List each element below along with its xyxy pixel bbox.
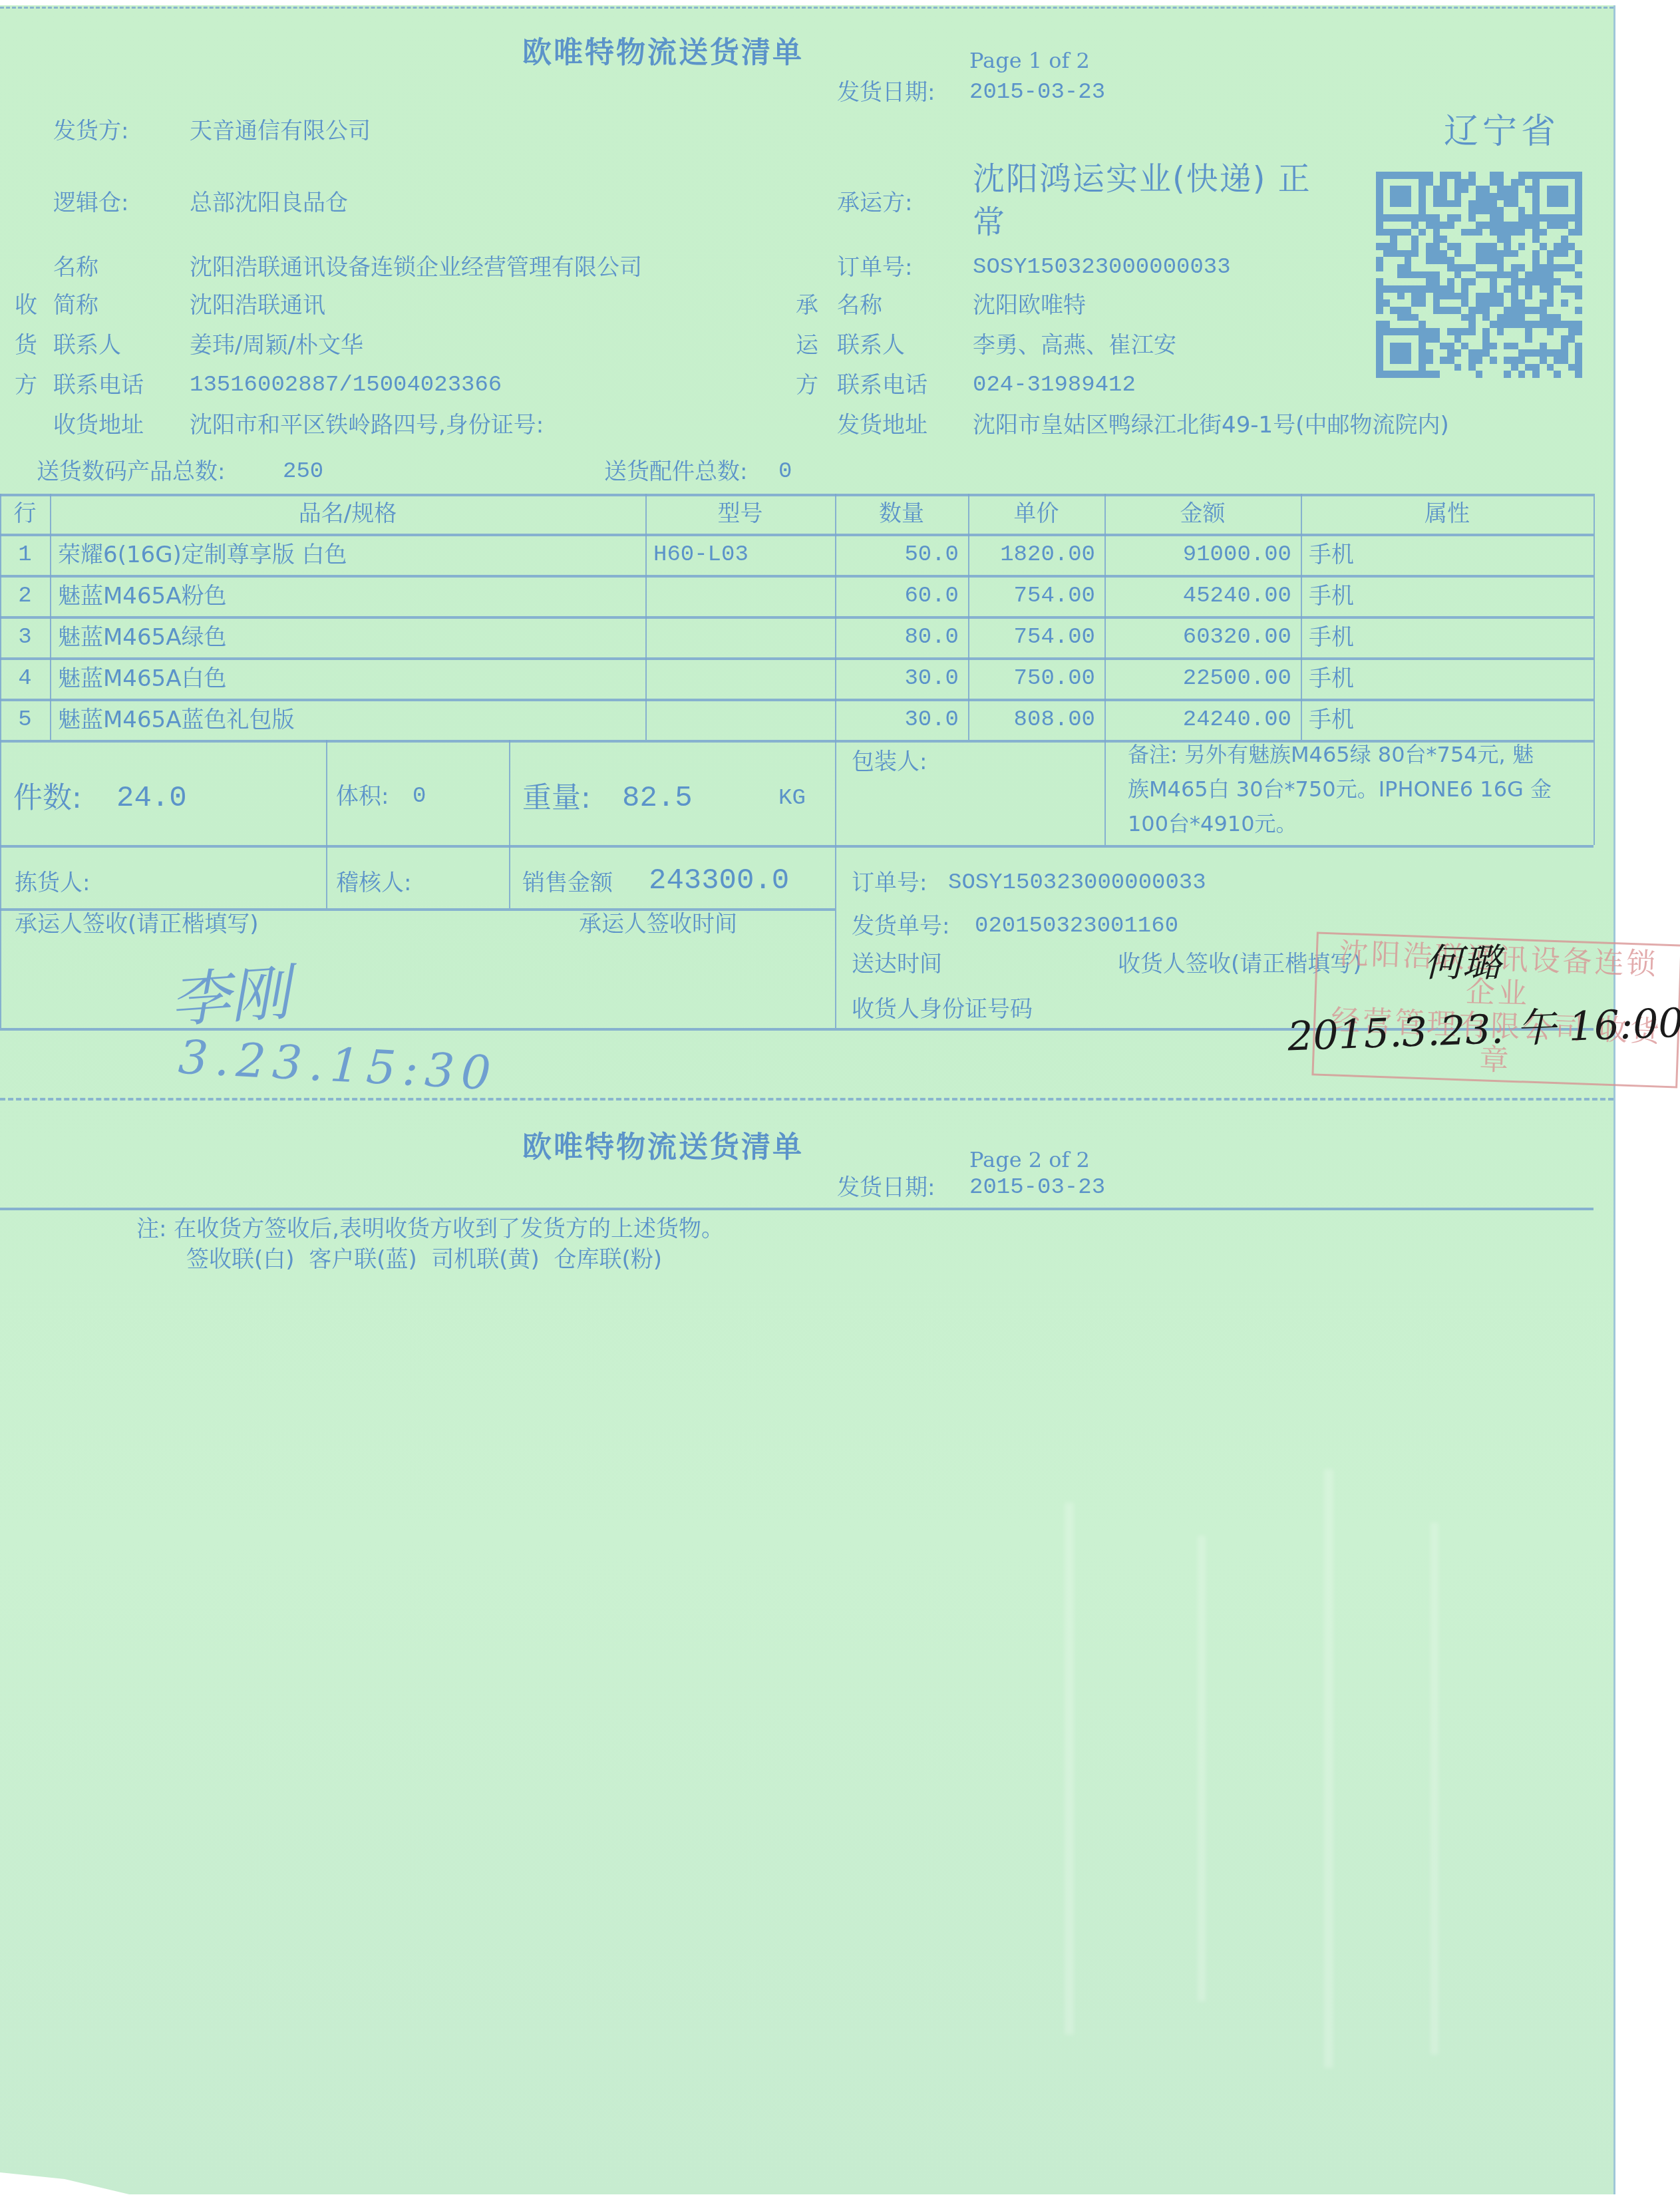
carrier-contact-value: 李勇、高燕、崔江安 (973, 334, 1176, 357)
table-cell: 30.0 (835, 709, 968, 731)
receiver-id-label: 收货人身份证号码 (852, 998, 1033, 1021)
ship-address-label: 发货地址 (837, 414, 927, 436)
shipper-value: 天音通信有限公司 (190, 120, 371, 142)
receiver-side-label-2: 货 (15, 334, 37, 357)
table-column-rule (645, 494, 647, 740)
carrier-phone-label: 联系电话 (837, 374, 927, 397)
table-column-rule (1301, 494, 1302, 740)
page2-note-line-1: 注: 在收货方签收后,表明收货方收到了发货方的上述货物。 (136, 1218, 724, 1240)
receiver-name-label: 名称 (53, 256, 98, 279)
table-cell: 24240.00 (1104, 709, 1301, 731)
table-cell: 荣耀6(16G)定制尊享版 白色 (50, 544, 645, 566)
table-cell: 750.00 (968, 667, 1104, 690)
volume-value: 0 (413, 785, 426, 808)
table-cell: 魅蓝M465A白色 (50, 667, 645, 690)
table-cell: 手机 (1301, 667, 1594, 690)
table-cell: 5 (0, 709, 50, 731)
weight-unit: KG (778, 787, 806, 810)
table-cell: 魅蓝M465A蓝色礼包版 (50, 709, 645, 731)
pieces-label: 件数: (13, 784, 82, 813)
carrier-label: 承运方: (837, 192, 912, 214)
ship-date: 2015-03-23 (969, 81, 1105, 104)
page2-note-line-2: 签收联(白) 客户联(蓝) 司机联(黄) 仓库联(粉) (186, 1248, 662, 1271)
delivery-no-label: 发货单号: (852, 915, 949, 937)
checker-label: 稽核人: (336, 872, 411, 894)
table-cell: 魅蓝M465A粉色 (50, 585, 645, 607)
total-accessory-value: 0 (778, 460, 792, 483)
table-cell: 754.00 (968, 585, 1104, 607)
table-cell: 1820.00 (968, 544, 1104, 566)
summary-column-rule (326, 740, 327, 908)
table-column-rule (1594, 494, 1595, 740)
table-rule (0, 616, 1594, 619)
receiver-phone-label: 联系电话 (53, 374, 144, 397)
arrival-time-label: 送达时间 (852, 953, 942, 975)
receiver-address-value: 沈阳市和平区铁岭路四号,身份证号: (190, 414, 544, 436)
table-header-cell: 品名/规格 (50, 502, 645, 525)
table-rule (0, 534, 1594, 536)
table-cell: 3 (0, 626, 50, 649)
carrier-name-line1: 沈阳鸿运实业(快递) 正 (973, 163, 1311, 195)
province-label: 辽宁省 (1444, 114, 1560, 149)
table-cell: 45240.00 (1104, 585, 1301, 607)
table-cell: 2 (0, 585, 50, 607)
summary-column-rule (0, 740, 1, 1028)
paper-crease (1065, 1502, 1074, 2035)
pieces-value: 24.0 (116, 784, 187, 813)
weight-label: 重量: (522, 784, 591, 813)
receiver-short-name-label: 简称 (53, 294, 98, 317)
paper-crease (1198, 1536, 1206, 2001)
receiver-contact-value: 姜玮/周颖/朴文华 (190, 334, 363, 357)
table-cell: 50.0 (835, 544, 968, 566)
summary-rule (835, 845, 1594, 848)
receiver-name-value: 沈阳浩联通讯设备连锁企业经营管理有限公司 (190, 256, 642, 279)
receiver-side-label-1: 收 (15, 294, 37, 317)
summary-column-rule (509, 740, 510, 908)
table-cell: 80.0 (835, 626, 968, 649)
table-cell: H60-L03 (645, 544, 835, 566)
table-cell: 1 (0, 544, 50, 566)
table-column-rule (50, 494, 51, 740)
receiver-signature: 何璐 (1424, 932, 1501, 987)
carrier-sign-time-label: 承运人签收时间 (579, 913, 737, 935)
table-cell: 魅蓝M465A绿色 (50, 626, 645, 649)
total-digital-value: 250 (283, 460, 323, 483)
table-rule (0, 575, 1594, 578)
warehouse-label: 逻辑仓: (53, 192, 128, 214)
carrier-name-line2: 常 (973, 206, 1005, 238)
table-header-cell: 单价 (968, 502, 1104, 525)
perforation-line (0, 7, 1613, 9)
carrier-phone-value: 024-31989412 (973, 374, 1136, 397)
table-cell: 手机 (1301, 709, 1594, 731)
carrier-sign-label: 承运人签收(请正楷填写) (15, 913, 259, 935)
summary-column-rule (835, 740, 836, 1028)
shipper-label: 发货方: (53, 120, 128, 142)
sales-amount-value: 243300.0 (649, 866, 789, 896)
order-number-label: 订单号: (837, 256, 912, 279)
carrier-contact-label: 联系人 (837, 334, 905, 357)
remark-line-2: 族M465白 30台*750元。IPHONE6 16G 金 (1128, 778, 1552, 800)
table-cell: 22500.00 (1104, 667, 1301, 690)
table-header-cell: 数量 (835, 502, 968, 525)
table-cell: 手机 (1301, 626, 1594, 649)
total-digital-label: 送货数码产品总数: (37, 460, 225, 483)
carrier-side-label-3: 方 (796, 374, 818, 397)
remark-line-3: 100台*4910元。 (1128, 813, 1297, 834)
table-rule (0, 657, 1594, 660)
weight-value: 82.5 (622, 784, 693, 813)
page2-title: 欧唯特物流送货清单 (522, 1133, 804, 1162)
summary-rule (0, 845, 835, 848)
table-cell: 手机 (1301, 585, 1594, 607)
table-column-rule (968, 494, 969, 740)
carrier-side-label-2: 运 (796, 334, 818, 357)
table-rule (0, 699, 1594, 701)
page2-indicator: Page 2 of 2 (969, 1149, 1090, 1170)
table-cell: 808.00 (968, 709, 1104, 731)
tear-perforation (0, 1098, 1613, 1101)
table-column-rule (1104, 494, 1106, 740)
table-cell: 60320.00 (1104, 626, 1301, 649)
carrier-name-value: 沈阳欧唯特 (973, 294, 1086, 317)
table-rule (0, 494, 1594, 496)
sales-amount-label: 销售金额 (522, 872, 613, 894)
receiver-phone-value: 13516002887/15004023366 (190, 374, 502, 397)
summary-column-rule (1104, 740, 1106, 845)
table-cell: 手机 (1301, 544, 1594, 566)
summary-column-rule (1594, 740, 1595, 845)
packer-label: 包装人: (852, 751, 927, 773)
ship-address-value: 沈阳市皇姑区鸭绿江北街49-1号(中邮物流院内) (973, 414, 1449, 436)
delivery-no-value: 020150323001160 (975, 915, 1178, 937)
qr-code-icon (1376, 172, 1582, 378)
order-number-value: SOSY150323000000033 (973, 256, 1231, 279)
table-cell: 30.0 (835, 667, 968, 690)
receiver-short-name-value: 沈阳浩联通讯 (190, 294, 325, 317)
page2-ship-date-label: 发货日期: (837, 1176, 935, 1199)
order-no-value-2: SOSY150323000000033 (948, 872, 1206, 894)
carrier-side-label-1: 承 (796, 294, 818, 317)
page2-ship-date: 2015-03-23 (969, 1176, 1105, 1199)
table-column-rule (0, 494, 1, 740)
paper-crease (1324, 1469, 1333, 2068)
table-cell: 4 (0, 667, 50, 690)
order-no-label-2: 订单号: (852, 872, 927, 894)
table-header-cell: 行 (0, 502, 50, 525)
page-indicator: Page 1 of 2 (969, 50, 1090, 71)
remark-line-1: 备注: 另外有魅族M465绿 80台*754元, 魅 (1128, 744, 1534, 765)
document-title: 欧唯特物流送货清单 (522, 39, 804, 68)
table-cell: 60.0 (835, 585, 968, 607)
table-header-cell: 型号 (645, 502, 835, 525)
table-cell: 754.00 (968, 626, 1104, 649)
table-header-cell: 属性 (1301, 502, 1594, 525)
total-accessory-label: 送货配件总数: (604, 460, 747, 483)
paper-crease (1430, 1522, 1438, 2055)
receiver-contact-label: 联系人 (53, 334, 121, 357)
carrier-name-label: 名称 (837, 294, 882, 317)
carrier-signature: 李刚 (167, 944, 293, 1039)
receiver-side-label-3: 方 (15, 374, 37, 397)
receiver-address-label: 收货地址 (53, 414, 144, 436)
table-cell: 91000.00 (1104, 544, 1301, 566)
page2-rule (0, 1208, 1594, 1210)
picker-label: 拣货人: (15, 872, 90, 894)
table-column-rule (835, 494, 836, 740)
warehouse-value: 总部沈阳良品仓 (190, 192, 348, 214)
ship-date-label: 发货日期: (837, 81, 935, 104)
volume-label: 体积: (336, 785, 389, 808)
table-header-cell: 金额 (1104, 502, 1301, 525)
